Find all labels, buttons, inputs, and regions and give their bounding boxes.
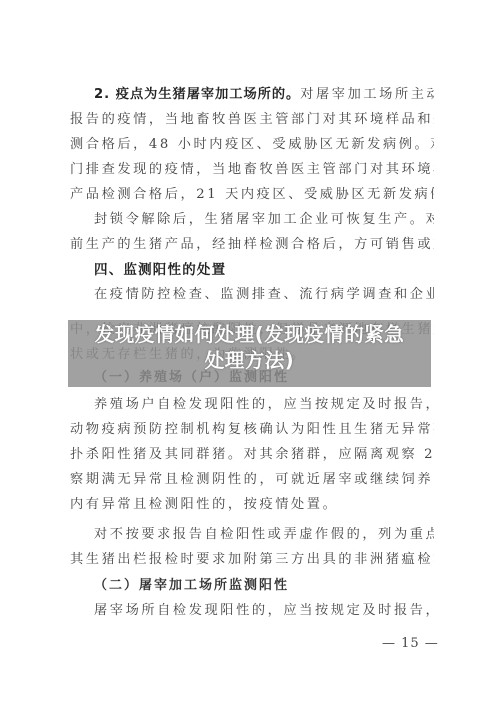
paragraph-4-line-3: 扑杀阳性猪及其同群猪。对其余猪群，应隔离观察 21 天。隔离观 [70,446,434,464]
document-page: 2. 疫点为生猪屠宰加工场所的。对屠宰加工场所主动排查 报告的疫情，当地畜牧兽医… [0,0,500,707]
paragraph-4-line-5: 内有异常且检测阳性的，按疫情处置。 [70,496,434,514]
paragraph-1-lead: 2. 疫点为生猪屠宰加工场所的。 [94,87,300,102]
paragraph-1-line-1-rest: 对屠宰加工场所主动排查 [300,87,434,102]
subsection-heading-2: （二）屠宰加工场所监测阳性 [94,577,458,595]
section-heading: 四、监测阳性的处置 [94,261,458,279]
overlay-title: 发现疫情如何处理(发现疫情的紧急 处理方法) [68,322,431,374]
paragraph-2-line-2: 前生产的生猪产品，经抽样检测合格后，方可销售或加工使用。 [70,236,434,254]
paragraph-5-line-2: 其生猪出栏报检时要求加附第三方出具的非洲猪瘟检测报告。 [70,551,434,569]
paragraph-4-line-4: 察期满无异常且检测阴性的，可就近屠宰或继续饲养；隔离观察期 [70,471,434,489]
paragraph-4-line-1: 养殖场户自检发现阳性的，应当按规定及时报告，经县级以上 [94,396,434,414]
paragraph-1-line-2: 报告的疫情，当地畜牧兽医主管部门对其环境样品和生猪产品检 [70,111,434,129]
paragraph-4-line-2: 动物疫病预防控制机构复核确认为阳性且生猪无异常死亡的，应 [70,421,434,439]
paragraph-1-line-4: 门排查发现的疫情，当地畜牧兽医主管部门对其环境样品和生猪 [70,161,434,179]
overlay-title-line-1: 发现疫情如何处理(发现疫情的紧急 [68,322,431,348]
overlay-title-line-2: 处理方法) [68,348,431,374]
paragraph-2-line-1: 封锁令解除后，生猪屠宰加工企业可恢复生产。对疫情发生 [94,211,434,229]
paragraph-1-line-1: 2. 疫点为生猪屠宰加工场所的。对屠宰加工场所主动排查 [94,86,434,104]
paragraph-3-line-1: 在疫情防控检查、监测排查、流行病学调查和企业自检等活动 [94,286,434,304]
paragraph-6-line-1: 屠宰场所自检发现阳性的，应当按规定及时报告，暂停生猪屠 [94,602,434,620]
page-number: — 15 — [382,636,439,651]
paragraph-5-line-1: 对不按要求报告自检阳性或弄虚作假的，列为重点监控场户， [94,526,434,544]
paragraph-1-line-3: 测合格后，48 小时内疫区、受威胁区无新发病例。对畜牧兽医部 [70,136,434,154]
paragraph-1-line-5: 产品检测合格后，21 天内疫区、受威胁区无新发病例。 [70,186,434,204]
